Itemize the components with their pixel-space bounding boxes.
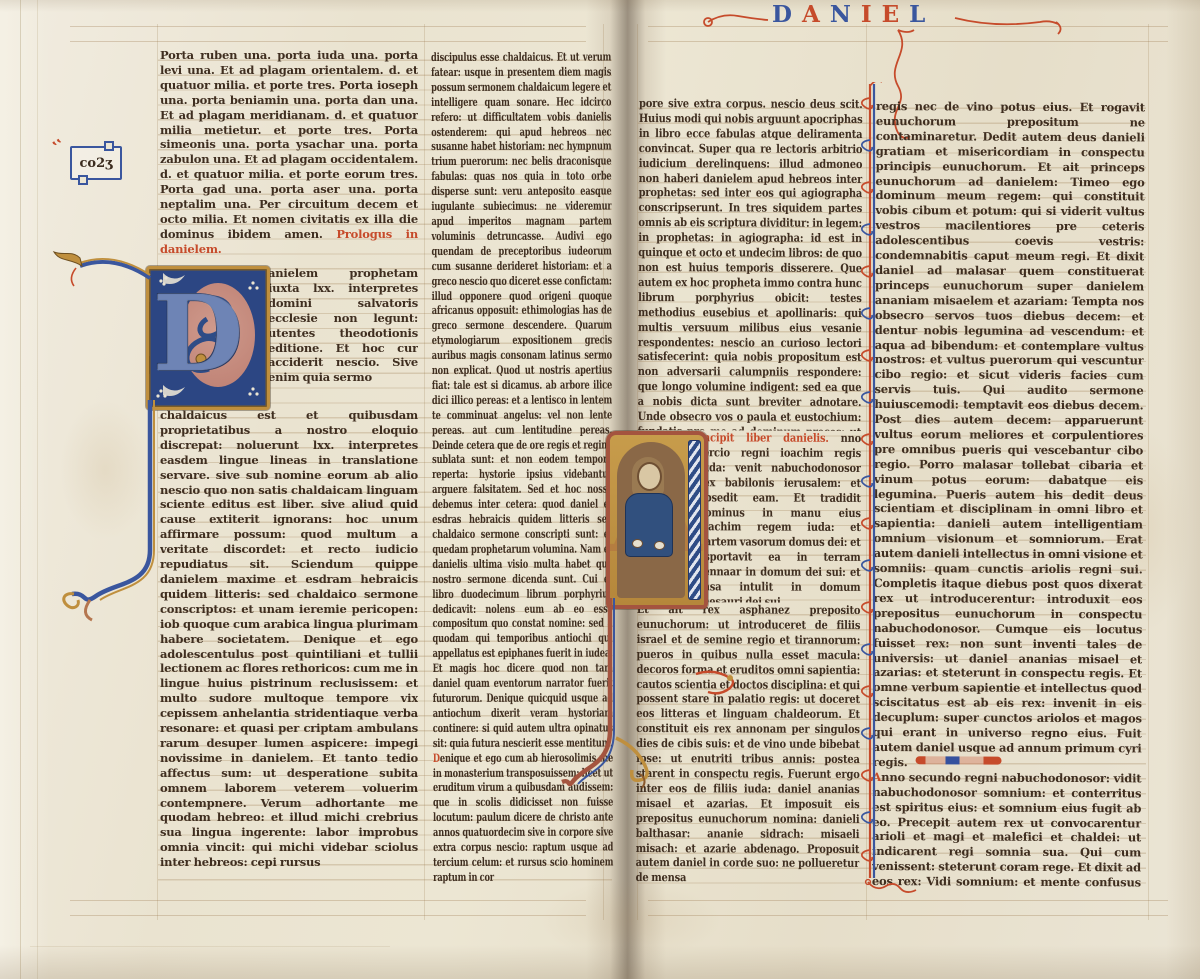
body-text: chaldaicus est et quibusdam proprietatib… — [160, 408, 418, 869]
prologue-text-continuation: chaldaicus est et quibusdam proprietatib… — [160, 408, 418, 870]
body-text: Anno secundo regni nabuchodonosor: vidit… — [872, 770, 1142, 890]
illuminated-initial-d: D — [146, 266, 270, 410]
header-letter: L — [909, 2, 926, 28]
line-filler-ornament-icon — [916, 756, 1002, 764]
text-column-4: regis nec de vino potus eius. Et rogavit… — [872, 99, 1145, 889]
body-text: anielem prophetam iuxta lxx. interpretes… — [268, 266, 418, 384]
prologue-ending-text: pore sive extra corpus. nescio deus scit… — [638, 96, 863, 431]
page-edge-line — [20, 0, 21, 979]
historiated-initial-a: A — [606, 431, 708, 609]
initial-a-chevron-border — [688, 440, 701, 600]
red-capital: D — [433, 751, 440, 765]
initial-d-tail-flourish-icon — [50, 400, 170, 625]
ruling-guide — [70, 900, 586, 901]
margin-quire-mark: co2ʒ — [70, 146, 122, 180]
parchment-stain — [60, 400, 150, 540]
running-header: D A N I E L — [772, 2, 926, 28]
body-text: enique et ego cum ab hierosolimis me in … — [433, 750, 613, 884]
daniel-text-continuation: Et ait rex asphanez preposito eunuchorum… — [636, 602, 861, 886]
figure-hand — [632, 539, 643, 548]
initial-d-leaf-flourish-icon — [46, 244, 156, 296]
ruling-guide — [424, 24, 425, 920]
bottom-page-edge-line — [30, 946, 390, 947]
header-letter: E — [882, 2, 901, 28]
text-column-2: discipulus esse chaldaicus. Et ut verum … — [431, 50, 613, 884]
ruling-guide — [648, 915, 1168, 916]
ezechiel-ending-text: Porta ruben una. porta iuda una. porta l… — [160, 48, 418, 266]
page-edge-right — [1166, 0, 1200, 979]
daniel-chapter2-start: Anno secundo regni nabuchodonosor: vidit… — [872, 770, 1142, 890]
page-edge-line — [37, 0, 38, 979]
body-text: pore sive extra corpus. nescio deus scit… — [638, 96, 863, 431]
figure-head — [637, 462, 662, 491]
stacked-page-edges-left — [0, 0, 58, 979]
page-edge-bottom — [0, 945, 1200, 979]
ruling-guide — [70, 26, 586, 27]
ruling-guide — [157, 24, 158, 920]
ruling-guide — [866, 24, 867, 920]
ruling-guide — [1148, 24, 1149, 920]
daniel-chapter1-end: regis nec de vino potus eius. Et rogavit… — [872, 99, 1145, 771]
quire-mark-label: co2ʒ — [79, 156, 112, 171]
header-letter: I — [861, 2, 873, 28]
initial-d-letterform: D — [153, 275, 243, 393]
body-text: discipulus esse chaldaicus. Et ut verum … — [431, 50, 613, 750]
body-text: Porta ruben una. porta iuda una. porta l… — [160, 48, 418, 241]
ruling-guide — [70, 41, 586, 42]
ruling-guide — [70, 915, 586, 916]
incipit-rubric: Incipit liber danielis. — [699, 430, 829, 445]
manuscript-opening: D A N I E L ‛‛ co2ʒ Porta ruben una. por… — [0, 0, 1200, 979]
body-text: nno tercio regni ioachim regis iuda: ven… — [698, 431, 861, 603]
ruling-guide — [648, 900, 1168, 901]
text-column-1: Porta ruben una. porta iuda una. porta l… — [160, 48, 418, 886]
header-letter: A — [802, 2, 821, 28]
header-letter: N — [830, 2, 852, 28]
figure-hand — [654, 541, 665, 550]
body-text: Et ait rex asphanez preposito eunuchorum… — [636, 602, 861, 885]
figure-robe — [625, 493, 673, 557]
body-text: regis nec de vino potus eius. Et rogavit… — [872, 99, 1145, 769]
header-letter: D — [772, 2, 793, 28]
page-edge-top — [0, 0, 1200, 12]
ruling-guide — [648, 41, 1168, 42]
